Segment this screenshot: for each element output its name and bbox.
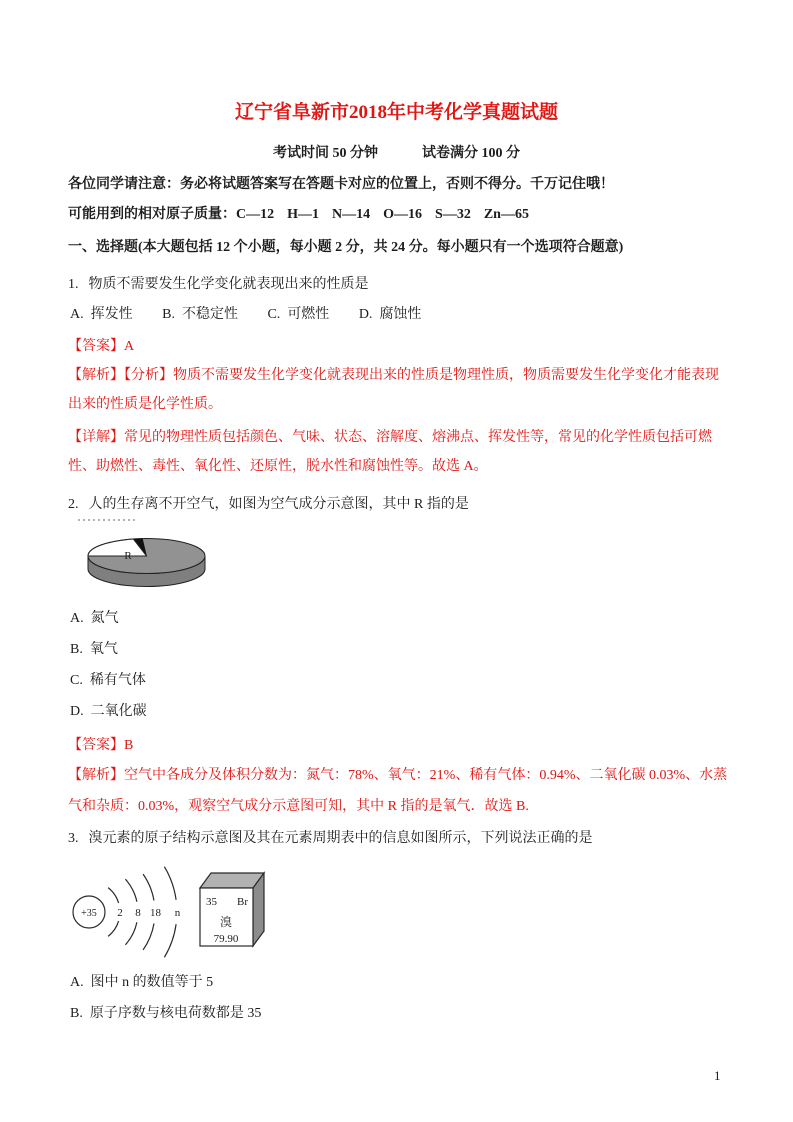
exam-notice: 各位同学请注意：务必将试题答案写在答题卡对应的位置上，否则不得分。千万记住哦！ — [68, 176, 614, 195]
question-text: 溴元素的原子结构示意图及其在元素周期表中的信息如图所示，下列说法正确的是 — [89, 831, 593, 846]
atomic-mass-entry: C—12 — [236, 207, 274, 222]
option-text: 不稳定性 — [182, 307, 238, 322]
question-2-option-d: D.二氧化碳 — [70, 703, 147, 722]
question-2-analysis-line: 气和杂质：0.03%，观察空气成分示意图可知，其中 R 指的是氧气．故选 B. — [68, 798, 529, 817]
answer-prefix: 【答案】 — [68, 339, 124, 354]
element-number: 35 — [206, 896, 218, 908]
page-number: 1 — [714, 1067, 721, 1085]
atomic-mass-entry: S—32 — [435, 207, 471, 222]
option-label: B. — [70, 642, 83, 657]
question-2-analysis-line: 【解析】空气中各成分及体积分数为：氮气：78%、氧气：21%、稀有气体：0.94… — [68, 767, 727, 786]
option-text: 可燃性 — [287, 307, 329, 322]
option-text: 氧气 — [90, 642, 118, 657]
question-number: 1. — [68, 277, 79, 292]
question-2-option-c: C.稀有气体 — [70, 672, 146, 691]
atomic-mass-entry: Zn—65 — [484, 207, 529, 222]
pie-chart-svg: R — [75, 516, 230, 600]
nucleus-charge-label: +35 — [81, 908, 97, 919]
shell-count-label: 18 — [150, 907, 162, 919]
atomic-mass-entry: H—1 — [287, 207, 319, 222]
option-text: 氮气 — [91, 611, 119, 626]
option-a: A.挥发性 — [70, 307, 133, 322]
answer-value: B — [124, 738, 133, 753]
shell-count-label: n — [175, 907, 181, 919]
option-text: 原子序数与核电荷数都是 35 — [90, 1006, 262, 1021]
air-composition-pie-figure: R — [75, 516, 230, 605]
atomic-mass-line: 可能用到的相对原子质量：C—12H—1N—14O—16S—32Zn—65 — [68, 206, 542, 225]
exam-document-page: 辽宁省阜新市2018年中考化学真题试题 考试时间 50 分钟试卷满分 100 分… — [0, 0, 793, 1122]
question-1-options: A.挥发性 B.不稳定性 C.可燃性 D.腐蚀性 — [70, 306, 447, 325]
question-number: 3. — [68, 831, 79, 846]
question-text: 物质不需要发生化学变化就表现出来的性质是 — [89, 277, 369, 292]
answer-value: A — [124, 339, 134, 354]
atom-diagram-svg: +35 2 8 18 n 35 Br 溴 79. — [70, 858, 290, 973]
question-1-detail-line: 【详解】常见的物理性质包括颜色、气味、状态、溶解度、熔沸点、挥发性等，常见的化学… — [68, 429, 712, 448]
exam-total-score: 试卷满分 100 分 — [422, 146, 520, 161]
element-symbol: Br — [237, 896, 248, 908]
atomic-mass-entry: O—16 — [383, 207, 422, 222]
option-label: A. — [70, 611, 84, 626]
question-2-option-b: B.氧气 — [70, 641, 118, 660]
bromine-atom-figure: +35 2 8 18 n 35 Br 溴 79. — [70, 858, 290, 978]
option-label: A. — [70, 307, 84, 322]
question-1-analysis-line: 【解析】【分析】物质不需要发生化学变化就表现出来的性质是物理性质，物质需要发生化… — [68, 367, 719, 386]
doc-title: 辽宁省阜新市2018年中考化学真题试题 — [0, 100, 793, 126]
question-1-stem: 1.物质不需要发生化学变化就表现出来的性质是 — [68, 276, 369, 295]
option-label: C. — [267, 307, 280, 322]
element-mass: 79.90 — [214, 933, 239, 945]
option-label: B. — [162, 307, 175, 322]
option-label: D. — [359, 307, 373, 322]
option-label: C. — [70, 673, 83, 688]
option-c: C.可燃性 — [267, 307, 329, 322]
answer-prefix: 【答案】 — [68, 738, 124, 753]
question-1-analysis-line: 出来的性质是化学性质。 — [68, 396, 222, 415]
pie-slice-label: R — [124, 550, 132, 562]
option-label: D. — [70, 704, 84, 719]
option-text: 挥发性 — [91, 307, 133, 322]
question-3-option-b: B.原子序数与核电荷数都是 35 — [70, 1005, 261, 1024]
shell-count-label: 2 — [117, 907, 123, 919]
question-1-answer: 【答案】A — [68, 338, 134, 357]
question-3-option-a: A.图中 n 的数值等于 5 — [70, 974, 213, 993]
option-d: D.腐蚀性 — [359, 307, 422, 322]
exam-duration: 考试时间 50 分钟 — [273, 146, 378, 161]
question-2-answer: 【答案】B — [68, 737, 133, 756]
option-label: B. — [70, 1006, 83, 1021]
element-name: 溴 — [220, 915, 232, 929]
shell-count-label: 8 — [135, 907, 141, 919]
option-text: 二氧化碳 — [91, 704, 147, 719]
option-text: 图中 n 的数值等于 5 — [91, 975, 214, 990]
section-1-header: 一、选择题(本大题包括 12 个小题，每小题 2 分，共 24 分。每小题只有一… — [68, 239, 623, 258]
question-2-option-a: A.氮气 — [70, 610, 119, 629]
exam-info-line: 考试时间 50 分钟试卷满分 100 分 — [0, 145, 793, 164]
question-text: 人的生存离不开空气，如图为空气成分示意图，其中 R 指的是 — [89, 497, 469, 512]
question-1-detail-line: 性、助燃性、毒性、氧化性、还原性，脱水性和腐蚀性等。故选 A。 — [68, 458, 488, 477]
atomic-mass-label: 可能用到的相对原子质量： — [68, 207, 236, 222]
option-b: B.不稳定性 — [162, 307, 238, 322]
option-label: A. — [70, 975, 84, 990]
atomic-mass-entry: N—14 — [332, 207, 370, 222]
option-text: 稀有气体 — [90, 673, 146, 688]
question-3-stem: 3.溴元素的原子结构示意图及其在元素周期表中的信息如图所示，下列说法正确的是 — [68, 830, 593, 849]
option-text: 腐蚀性 — [379, 307, 421, 322]
question-number: 2. — [68, 497, 79, 512]
question-2-stem: 2.人的生存离不开空气，如图为空气成分示意图，其中 R 指的是 — [68, 496, 469, 515]
